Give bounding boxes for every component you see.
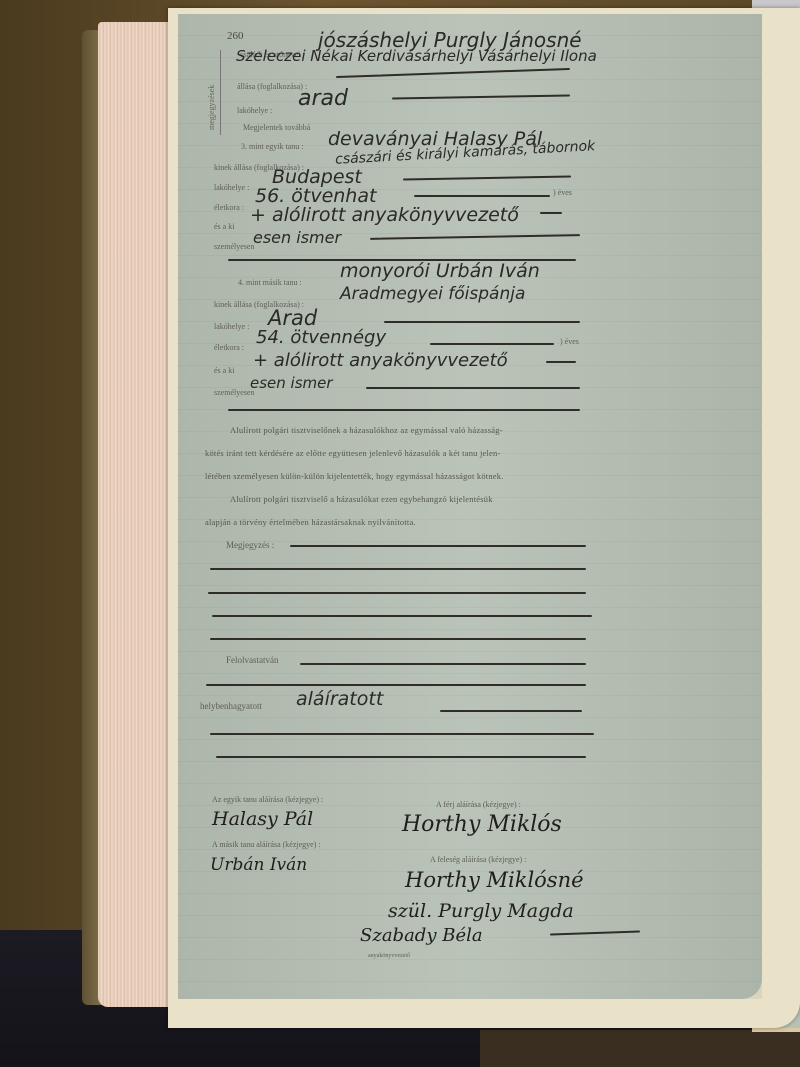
witness1-known: + alólirott anyakönyvvezető [250, 204, 519, 226]
remarks-line [210, 638, 586, 640]
witness1-signature-label: Az egyik tanu aláírása (kézjegye) : [212, 795, 323, 804]
declaration-line: alapján a törvény értelmében házastársak… [205, 517, 416, 527]
fill-line [430, 343, 554, 345]
declaration-line: Alulírott polgári tisztviselőnek a házas… [230, 425, 503, 435]
read-label: Felolvastatván [226, 655, 279, 665]
residence-label: lakóhelye : [237, 106, 272, 115]
witness1-name-label: 3. mint egyik tanu : [241, 142, 303, 151]
side-label: megjegyzések [207, 85, 216, 130]
witness2-occupation: Aradmegyei főispánja [340, 284, 525, 304]
declaration-line: kötés iránt tett kérdésére az előtte egy… [205, 448, 501, 458]
groom-signature-label: A férj aláírása (kézjegye) : [436, 800, 521, 809]
remarks-line [212, 615, 592, 617]
registrar-label: anyakönyvvezető [368, 953, 410, 959]
witness1-residence-label: lakóhelye : [214, 183, 249, 192]
witness2-name-label: 4. mint másik tanu : [238, 278, 302, 287]
witness2-signature: Urbán Iván [210, 855, 307, 875]
approved-value: aláíratott [296, 688, 383, 710]
witness1-age-suffix: ) éves [553, 188, 572, 197]
declaration-line: létében személyesen külön-külön kijelent… [205, 471, 504, 481]
fill-line [440, 710, 582, 712]
witness1-signature: Halasy Pál [212, 808, 313, 830]
table-edge [480, 1030, 800, 1067]
witness2-age-label: életkora : [214, 343, 244, 352]
page-number: 260 [227, 30, 244, 42]
witness1-person: esen ismer [253, 228, 341, 247]
witness1-person-label: személyesen [214, 242, 254, 251]
registrar-signature: Szabady Béla [360, 925, 483, 946]
witness2-person-label: személyesen [214, 388, 254, 397]
witness2-age: 54. ötvennégy [256, 327, 386, 348]
witness2-person: esen ismer [250, 374, 333, 392]
groom-signature: Horthy Miklós [402, 812, 562, 837]
fill-line [228, 409, 580, 411]
witness1-age-label: életkora : [214, 203, 244, 212]
fill-line [210, 733, 594, 735]
remarks-line [290, 545, 586, 547]
fill-line [300, 663, 586, 665]
bride-signature-line2: szül. Purgly Magda [388, 900, 574, 922]
appeared-label: Megjelentek továbbá [243, 123, 310, 132]
fill-line [366, 387, 580, 389]
witness2-age-suffix: ) éves [560, 337, 579, 346]
witness1-known-label: és a ki [214, 222, 234, 231]
remarks-line [208, 592, 586, 594]
witness2-residence-label: lakóhelye : [214, 322, 249, 331]
ruled-form-area [178, 14, 762, 999]
residence-value: arad [298, 86, 348, 111]
fill-line [546, 361, 576, 363]
fill-line [206, 684, 586, 686]
occupation-label: állása (foglalkozása) : [237, 82, 307, 91]
remarks-label: Megjegyzés : [226, 540, 274, 550]
bride-signature-line1: Horthy Miklósné [405, 868, 584, 892]
declaration-line: Alulírott polgári tisztviselő a házasuló… [230, 494, 493, 504]
parents-value-2: Szeleczei Nékai Kerdivásárhelyi Vásárhel… [236, 47, 597, 65]
remarks-line [210, 568, 586, 570]
fill-line [384, 321, 580, 323]
witness2-signature-label: A másik tanu aláírása (kézjegye) : [212, 840, 321, 849]
margin-bracket [220, 50, 221, 135]
witness2-known-label: és a ki [214, 366, 234, 375]
bride-signature-label: A feleség aláírása (kézjegye) : [430, 855, 526, 864]
fill-line [540, 212, 562, 214]
approved-label: helybenhagyatott [200, 701, 262, 711]
witness2-name: monyorói Urbán Iván [340, 260, 540, 282]
fill-line [216, 756, 586, 758]
witness2-known: + alólirott anyakönyvvezető [253, 350, 508, 371]
fill-line [414, 195, 550, 197]
